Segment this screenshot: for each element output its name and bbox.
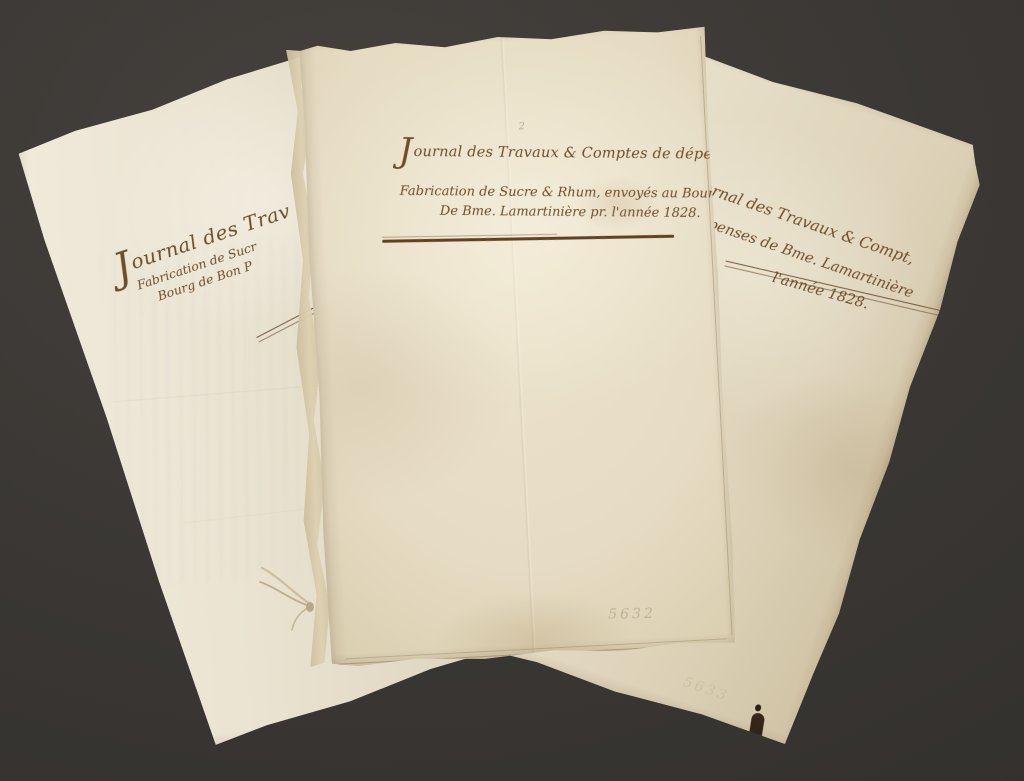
photo-stage: Journal des Trav Fabrication de Sucr Bou… [0,0,1024,781]
title-line-2: Fabrication de Sucre & Rhum, envoyés au … [400,184,723,202]
title-text: ournal des Travaux & Comptes de dépenses… [414,144,751,163]
flourished-initial: J [399,131,413,171]
title-line-1: Journal des Travaux & Comptes de dépense… [399,144,751,163]
title-underline [382,232,674,243]
title-line-3: De Bme. Lamartinière pr. l'année 1828. [440,204,701,221]
binding-thread [250,546,320,638]
document-center: 2 Journal des Travaux & Comptes de dépen… [297,24,739,671]
title-block-center: Journal des Travaux & Comptes de dépense… [297,24,739,671]
pencil-catalog-number: 5632 [608,606,656,623]
